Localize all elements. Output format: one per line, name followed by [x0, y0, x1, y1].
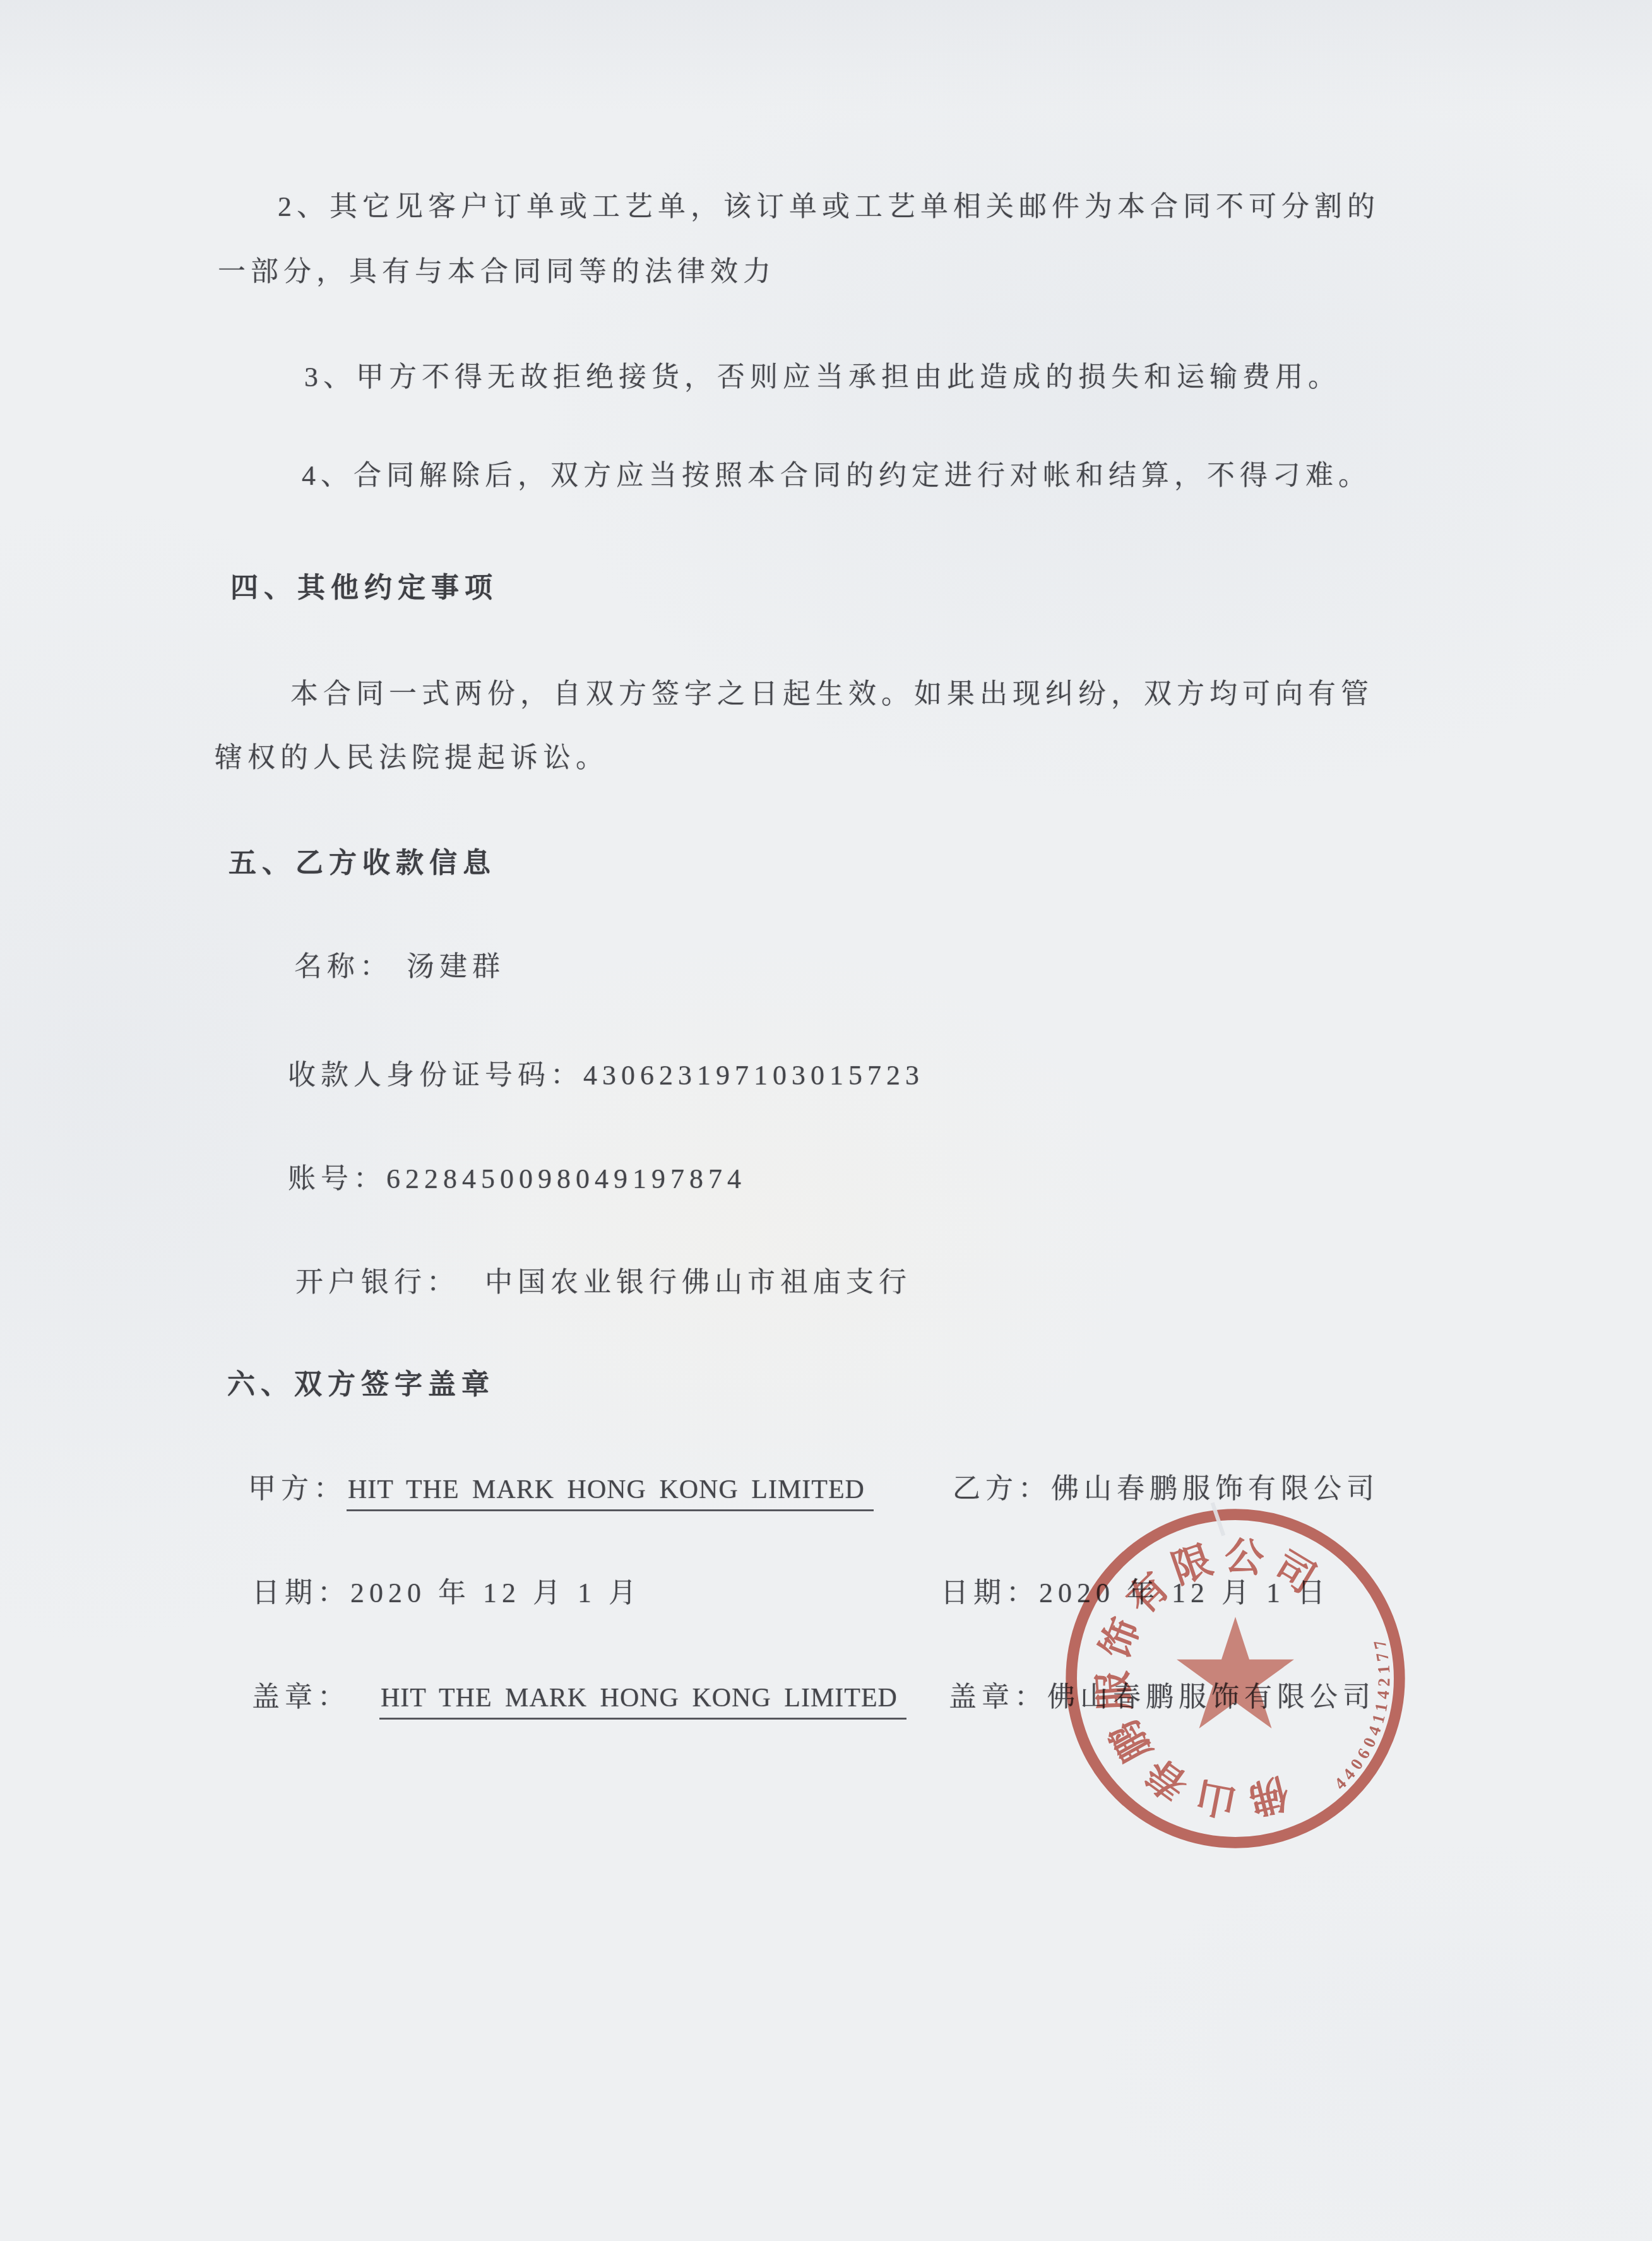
party-a-name: HIT THE MARK HONG KONG LIMITED — [347, 1475, 874, 1511]
section-4-heading: 四、其他约定事项 — [230, 571, 498, 605]
section-4-paragraph-line-1: 本合同一式两份，自双方签字之日起生效。如果出现纠纷，双方均可向有管 — [290, 677, 1374, 711]
party-a-label: 甲方： — [248, 1473, 347, 1504]
seal-a-name: HIT THE MARK HONG KONG LIMITED — [379, 1684, 906, 1720]
scanned-contract-page: 2、其它见客户订单或工艺单，该订单或工艺单相关邮件为本合同不可分割的 一部分，具… — [0, 0, 1652, 2241]
payee-name-value: 汤建群 — [407, 951, 505, 982]
date-b-label: 日期： — [941, 1578, 1039, 1608]
date-a-label: 日期： — [252, 1578, 350, 1608]
bank-line: 开户银行：中国农业银行佛山市祖庙支行 — [295, 1265, 912, 1300]
bank-label: 开户银行： — [295, 1267, 460, 1298]
seal-number-arc-text: 4406041142177 — [1331, 1634, 1394, 1793]
section-6-heading: 六、双方签字盖章 — [227, 1367, 495, 1402]
party-a-line: 甲方：HIT THE MARK HONG KONG LIMITED — [248, 1471, 874, 1507]
section-5-heading: 五、乙方收款信息 — [229, 846, 496, 881]
account-line: 账号：6228450098049197874 — [288, 1162, 746, 1196]
payee-id-label: 收款人身份证号码： — [288, 1060, 583, 1091]
seal-star — [1177, 1617, 1294, 1728]
clause-2-line-2: 一部分，具有与本合同同等的法律效力 — [218, 254, 776, 289]
company-seal-stamp: 佛山春鹏服饰有限公司 4406041142177 — [1052, 1495, 1419, 1862]
section-4-paragraph-line-2: 辖权的人民法院提起诉讼。 — [215, 740, 609, 775]
seal-a-label: 盖章： — [252, 1682, 350, 1713]
clause-3: 3、甲方不得无故拒绝接货，否则应当承担由此造成的损失和运输费用。 — [304, 360, 1341, 395]
payee-name-line: 名称：汤建群 — [294, 949, 505, 984]
bank-value: 中国农业银行佛山市祖庙支行 — [485, 1267, 912, 1298]
seal-b-label: 盖章： — [949, 1682, 1047, 1713]
payee-id-line: 收款人身份证号码：430623197103015723 — [288, 1058, 924, 1093]
clause-2-line-1: 2、其它见客户订单或工艺单，该订单或工艺单相关邮件为本合同不可分割的 — [278, 189, 1380, 224]
party-b-label: 乙方： — [953, 1473, 1051, 1504]
date-a-value: 2020 年 12 月 1 月 — [350, 1578, 641, 1608]
date-a-line: 日期：2020 年 12 月 1 月 — [252, 1576, 641, 1610]
payee-id-value: 430623197103015723 — [583, 1060, 924, 1091]
account-value: 6228450098049197874 — [386, 1163, 746, 1194]
seal-a-line: 盖章：HIT THE MARK HONG KONG LIMITED — [252, 1680, 906, 1715]
account-label: 账号： — [288, 1163, 386, 1194]
payee-name-label: 名称： — [294, 951, 393, 982]
clause-4: 4、合同解除后，双方应当按照本合同的约定进行对帐和结算，不得刁难。 — [302, 458, 1371, 493]
